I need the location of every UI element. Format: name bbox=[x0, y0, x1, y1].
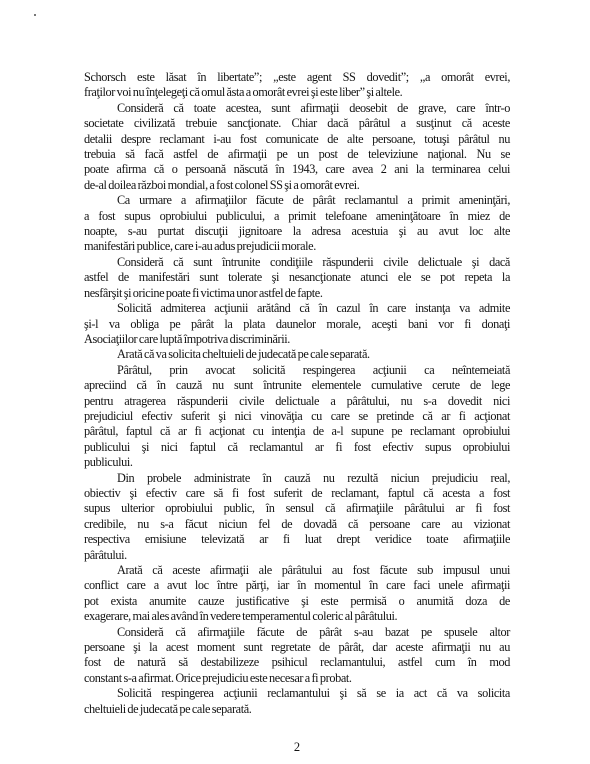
text-line: Solicită respingerea acţiunii reclamantu… bbox=[84, 686, 510, 701]
text-line: prejudiciul efectiv suferit şi nici vino… bbox=[84, 409, 510, 424]
text-line: fraţilor voi nu înţelegeţi că omul ăsta … bbox=[84, 85, 510, 100]
paragraph: Solicită admiterea acţiunii arătând că î… bbox=[84, 301, 510, 347]
text-line: Din probele administrate în cauză nu rez… bbox=[84, 471, 510, 486]
text-line: trebuia să facă astfel de afirmaţii pe u… bbox=[84, 147, 510, 162]
text-line: pentru atragerea răspunderii civile deli… bbox=[84, 394, 510, 409]
text-line: Consideră că afirmaţiile făcute de pârât… bbox=[84, 625, 510, 640]
text-line: Asociaţiilor care luptă împotriva discri… bbox=[84, 332, 510, 347]
text-line: poate afirma că o persoană născută în 19… bbox=[84, 162, 510, 177]
paragraph: Arată că aceste afirmaţii ale pârâtului … bbox=[84, 563, 510, 625]
text-line: noapte, s-au purtat discuţii jignitoare … bbox=[84, 224, 510, 239]
text-line: Consideră că sunt întrunite condiţiile r… bbox=[84, 255, 510, 270]
text-line: cheltuieli de judecată pe cale separată. bbox=[84, 702, 510, 717]
text-line: pârâtului. bbox=[84, 548, 510, 563]
scan-speck-artifact bbox=[34, 14, 36, 16]
text-line: nesfârşit şi oricine poate fi victima un… bbox=[84, 286, 510, 301]
paragraph: Din probele administrate în cauză nu rez… bbox=[84, 471, 510, 563]
text-line: persoane şi la acest moment sunt regreta… bbox=[84, 640, 510, 655]
text-line: publicului şi nici faptul că reclamantul… bbox=[84, 440, 510, 455]
text-line: Arată că va solicita cheltuieli de judec… bbox=[84, 347, 510, 362]
paragraph: Solicită respingerea acţiunii reclamantu… bbox=[84, 686, 510, 717]
document-page: Schorsch este lăsat în libertate”; „este… bbox=[0, 0, 590, 764]
text-line: Solicită admiterea acţiunii arătând că î… bbox=[84, 301, 510, 316]
text-line: pârâtul, faptul că ar fi acţionat cu int… bbox=[84, 424, 510, 439]
text-line: societate civilizată trebuie sancţionate… bbox=[84, 116, 510, 131]
paragraph: Arată că va solicita cheltuieli de judec… bbox=[84, 347, 510, 362]
paragraph: Pârâtul, prin avocat solicită respingere… bbox=[84, 363, 510, 471]
text-line: fost de natură să destabilizeze psihicul… bbox=[84, 655, 510, 670]
text-line: credibile, nu s-a făcut niciun fel de do… bbox=[84, 517, 510, 532]
page-number: 2 bbox=[84, 740, 510, 755]
text-line: obiectiv şi efectiv care să fi fost sufe… bbox=[84, 486, 510, 501]
text-line: supus ulterior oprobiului public, în sen… bbox=[84, 501, 510, 516]
text-line: respectiva emisiune televizată ar fi lua… bbox=[84, 532, 510, 547]
text-line: a fost supus oprobiului publicului, a pr… bbox=[84, 209, 510, 224]
text-line: pot exista anumite cauze justificative ş… bbox=[84, 594, 510, 609]
paragraph: Schorsch este lăsat în libertate”; „este… bbox=[84, 70, 510, 101]
text-line: Consideră că toate acestea, sunt afirmaţ… bbox=[84, 101, 510, 116]
text-line: detalii despre reclamant i-au fost comun… bbox=[84, 132, 510, 147]
text-line: Pârâtul, prin avocat solicită respingere… bbox=[84, 363, 510, 378]
paragraph: Consideră că sunt întrunite condiţiile r… bbox=[84, 255, 510, 301]
text-line: de-al doilea război mondial, a fost colo… bbox=[84, 178, 510, 193]
text-line: Schorsch este lăsat în libertate”; „este… bbox=[84, 70, 510, 85]
text-line: publicului. bbox=[84, 455, 510, 470]
text-line: apreciind că în cauză nu sunt întrunite … bbox=[84, 378, 510, 393]
text-line: şi-l va obliga pe pârât la plata daunelo… bbox=[84, 317, 510, 332]
paragraph: Consideră că toate acestea, sunt afirmaţ… bbox=[84, 101, 510, 193]
text-line: Arată că aceste afirmaţii ale pârâtului … bbox=[84, 563, 510, 578]
text-line: Ca urmare a afirmaţiilor făcute de pârât… bbox=[84, 193, 510, 208]
text-line: manifestări publice, care i-au adus prej… bbox=[84, 239, 510, 254]
text-line: conflict care a avut loc între părţi, ia… bbox=[84, 578, 510, 593]
paragraph: Ca urmare a afirmaţiilor făcute de pârât… bbox=[84, 193, 510, 255]
paragraph: Consideră că afirmaţiile făcute de pârât… bbox=[84, 625, 510, 687]
text-line: astfel de manifestări sunt tolerate şi n… bbox=[84, 270, 510, 285]
text-line: constant s-a afirmat. Orice prejudiciu e… bbox=[84, 671, 510, 686]
text-line: exagerare, mai ales având în vedere temp… bbox=[84, 609, 510, 624]
text-block: Schorsch este lăsat în libertate”; „este… bbox=[84, 70, 510, 717]
